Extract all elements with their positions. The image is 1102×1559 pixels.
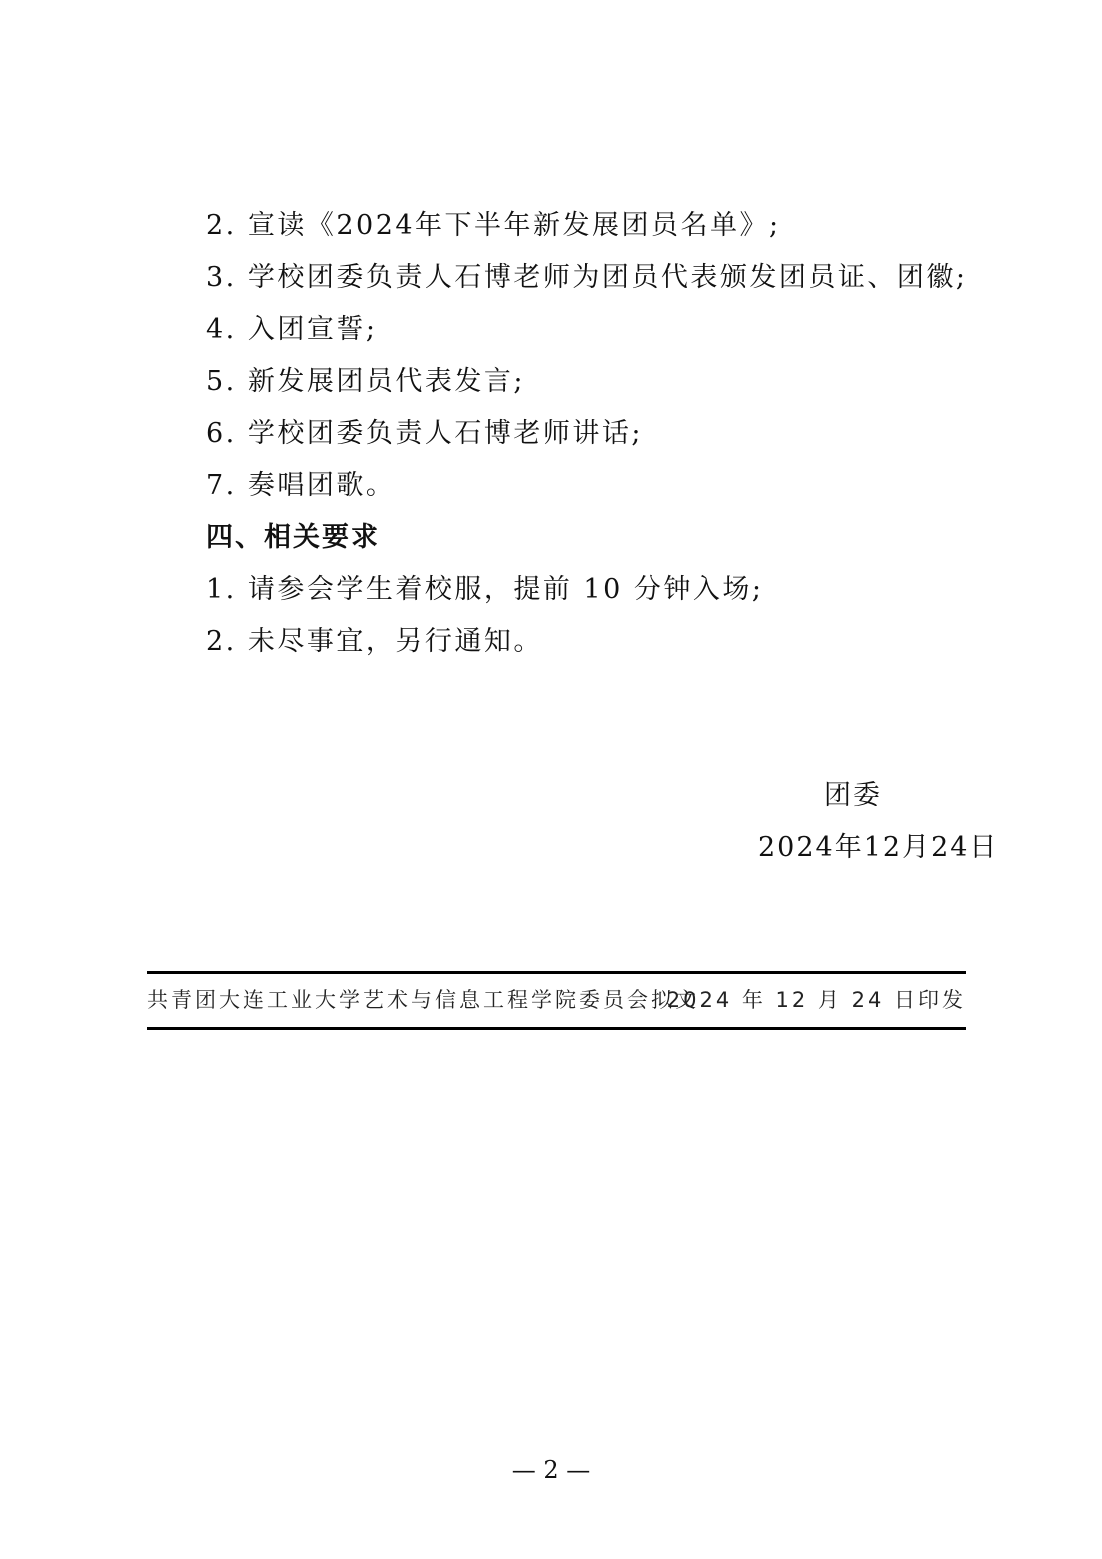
footer-issuer: 共青团大连工业大学艺术与信息工程学院委员会拟文 [147,985,699,1015]
requirement-item-1: 1. 请参会学生着校服，提前 10 分钟入场; [206,572,763,608]
footer-bottom-rule [147,1027,966,1030]
agenda-item-2: 2. 宣读《2024年下半年新发展团员名单》; [206,208,781,244]
signature-org: 团委 [824,778,882,814]
section-heading-requirements: 四、相关要求 [206,520,380,556]
page-number: — 2 — [0,1455,1102,1485]
agenda-item-7: 7. 奏唱团歌。 [206,468,395,504]
requirement-item-2: 2. 未尽事宜，另行通知。 [206,624,543,660]
agenda-item-6: 6. 学校团委负责人石博老师讲话; [206,416,643,452]
issuance-footer: 共青团大连工业大学艺术与信息工程学院委员会拟文 2024 年 12 月 24 日… [147,971,966,1030]
agenda-item-4: 4. 入团宣誓; [206,312,377,348]
footer-issued-date: 2024 年 12 月 24 日印发 [667,985,966,1015]
signature-date: 2024年12月24日 [758,830,998,866]
agenda-item-3: 3. 学校团委负责人石博老师为团员代表颁发团员证、团徽; [206,260,967,296]
footer-top-rule [147,971,966,974]
agenda-item-5: 5. 新发展团员代表发言; [206,364,525,400]
document-page: 2. 宣读《2024年下半年新发展团员名单》; 3. 学校团委负责人石博老师为团… [0,0,1102,1559]
